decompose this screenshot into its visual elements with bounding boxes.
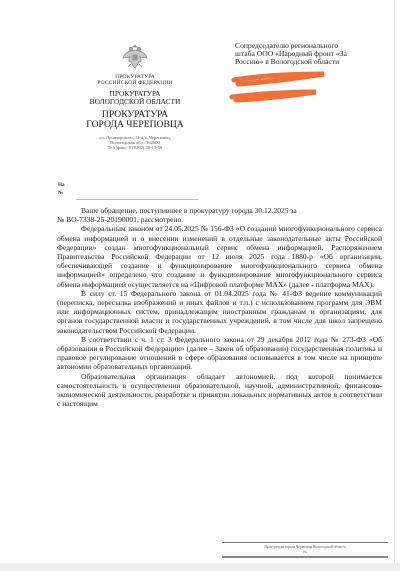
org-level1: ПРОКУРАТУРА РОССИЙСКОЙ ФЕДЕРАЦИИ — [70, 74, 200, 86]
page-bottom-edge — [0, 563, 400, 571]
paragraph-1b: № ВО-7338-25-20190001, рассмотрено. — [57, 215, 382, 224]
reference-underline — [76, 199, 198, 200]
redaction-scribble-icon — [228, 70, 328, 110]
letter-body: Ваше обращение, поступившее в прокуратур… — [57, 206, 382, 408]
stamp-line-2: № — [222, 550, 388, 555]
phone-line: Тел./факс: 8 (8202) 50-15-58 — [70, 145, 200, 150]
org-level2: ПРОКУРАТУРА ВОЛОГОДСКОЙ ОБЛАСТИ — [70, 90, 200, 106]
recipient-line-3: Россию» в Вологодской области — [235, 58, 395, 66]
reference-number-label: № — [58, 189, 65, 197]
paragraph-2: Федеральным законом от 24.05.2025 № 156-… — [57, 224, 382, 288]
paragraph-4: В соответствии с ч. 1 ст. 3 Федерального… — [57, 335, 382, 372]
org-line-6: ГОРОДА ЧЕРЕПОВЦА — [70, 120, 200, 130]
sender-header: ПРОКУРАТУРА РОССИЙСКОЙ ФЕДЕРАЦИИ ПРОКУРА… — [70, 42, 200, 151]
org-line-4: ВОЛОГОДСКОЙ ОБЛАСТИ — [70, 98, 200, 106]
registration-stamp: Прокуратура города Череповца Вологодской… — [222, 542, 388, 558]
document-page: ПРОКУРАТУРА РОССИЙСКОЙ ФЕДЕРАЦИИ ПРОКУРА… — [0, 0, 395, 563]
reference-on-label: На — [58, 181, 65, 189]
recipient-block: Сопредседателю регионального штаба ООО «… — [235, 42, 395, 67]
org-level3: ПРОКУРАТУРА ГОРОДА ЧЕРЕПОВЦА — [70, 110, 200, 129]
paragraph-5: Образовательная организация обладает авт… — [57, 372, 382, 409]
org-line-2: РОССИЙСКОЙ ФЕДЕРАЦИИ — [70, 80, 200, 86]
russian-coat-of-arms-icon — [120, 42, 150, 72]
paragraph-1a: Ваше обращение, поступившее в прокуратур… — [57, 206, 382, 215]
org-address: ул. Луначарского, 11-а, г. Череповец, Во… — [70, 135, 200, 151]
redaction-marks: Миронов — [228, 70, 328, 110]
paragraph-3: В силу ст. 15 Федерального закона от 01.… — [57, 289, 382, 335]
reference-block: На № — [58, 181, 65, 197]
